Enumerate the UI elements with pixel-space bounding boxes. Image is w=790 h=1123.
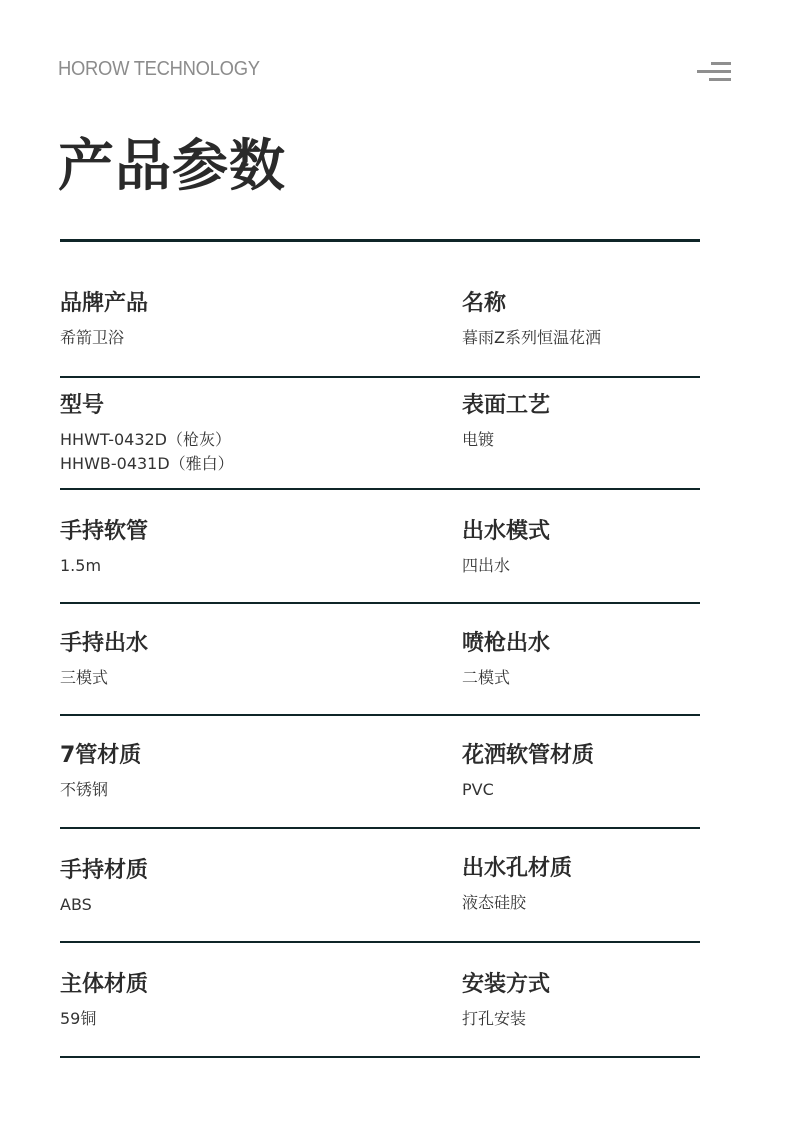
spec-label: 安装方式 (462, 971, 550, 999)
spec-label: 喷枪出水 (462, 630, 550, 658)
spec-item: 花洒软管材质 PVC (462, 742, 594, 802)
spec-value: 电镀 (462, 428, 550, 452)
spec-value: 三模式 (60, 666, 148, 690)
page-title: 产品参数 (58, 122, 286, 202)
spec-item: 名称 暮雨Z系列恒温花洒 (462, 290, 601, 350)
spec-value: 59铜 (60, 1007, 148, 1031)
spec-label: 主体材质 (60, 971, 148, 999)
spec-item: 型号 HHWT-0432D（枪灰） HHWB-0431D（雅白） (60, 392, 234, 476)
spec-row: 品牌产品 希箭卫浴 名称 暮雨Z系列恒温花洒 (60, 242, 700, 378)
spec-value: 二模式 (462, 666, 550, 690)
spec-row: 手持材质 ABS 出水孔材质 液态硅胶 (60, 829, 700, 943)
menu-line (697, 70, 731, 73)
spec-row: 型号 HHWT-0432D（枪灰） HHWB-0431D（雅白） 表面工艺 电镀 (60, 378, 700, 490)
spec-item: 手持软管 1.5m (60, 518, 148, 578)
spec-item: 7管材质 不锈钢 (60, 742, 141, 802)
spec-label: 表面工艺 (462, 392, 550, 420)
spec-item: 表面工艺 电镀 (462, 392, 550, 452)
menu-line (711, 62, 731, 65)
spec-label: 7管材质 (60, 742, 141, 770)
spec-value: 1.5m (60, 554, 148, 578)
spec-label: 名称 (462, 290, 601, 318)
spec-item: 手持材质 ABS (60, 857, 148, 917)
spec-label: 手持材质 (60, 857, 148, 885)
spec-label: 手持出水 (60, 630, 148, 658)
spec-value: HHWT-0432D（枪灰） HHWB-0431D（雅白） (60, 428, 234, 476)
spec-value: 打孔安装 (462, 1007, 550, 1031)
spec-label: 手持软管 (60, 518, 148, 546)
spec-value: 四出水 (462, 554, 550, 578)
spec-row: 手持软管 1.5m 出水模式 四出水 (60, 490, 700, 604)
menu-line (709, 78, 731, 81)
spec-value: 液态硅胶 (462, 891, 572, 915)
menu-icon[interactable] (697, 62, 731, 82)
spec-item: 出水模式 四出水 (462, 518, 550, 578)
spec-value: ABS (60, 893, 148, 917)
spec-item: 手持出水 三模式 (60, 630, 148, 690)
spec-row: 7管材质 不锈钢 花洒软管材质 PVC (60, 716, 700, 829)
spec-row: 手持出水 三模式 喷枪出水 二模式 (60, 604, 700, 716)
spec-item: 品牌产品 希箭卫浴 (60, 290, 148, 350)
spec-row: 主体材质 59铜 安装方式 打孔安装 (60, 943, 700, 1058)
spec-item: 喷枪出水 二模式 (462, 630, 550, 690)
spec-item: 出水孔材质 液态硅胶 (462, 855, 572, 915)
spec-item: 安装方式 打孔安装 (462, 971, 550, 1031)
spec-table: 品牌产品 希箭卫浴 名称 暮雨Z系列恒温花洒 型号 HHWT-0432D（枪灰）… (60, 242, 700, 1058)
brand-name: HOROW TECHNOLOGY (58, 58, 260, 81)
spec-label: 出水孔材质 (462, 855, 572, 883)
spec-value: 希箭卫浴 (60, 326, 148, 350)
spec-item: 主体材质 59铜 (60, 971, 148, 1031)
spec-value: PVC (462, 778, 594, 802)
spec-value: 暮雨Z系列恒温花洒 (462, 326, 601, 350)
spec-label: 品牌产品 (60, 290, 148, 318)
spec-label: 花洒软管材质 (462, 742, 594, 770)
spec-value: 不锈钢 (60, 778, 141, 802)
spec-label: 型号 (60, 392, 234, 420)
spec-label: 出水模式 (462, 518, 550, 546)
